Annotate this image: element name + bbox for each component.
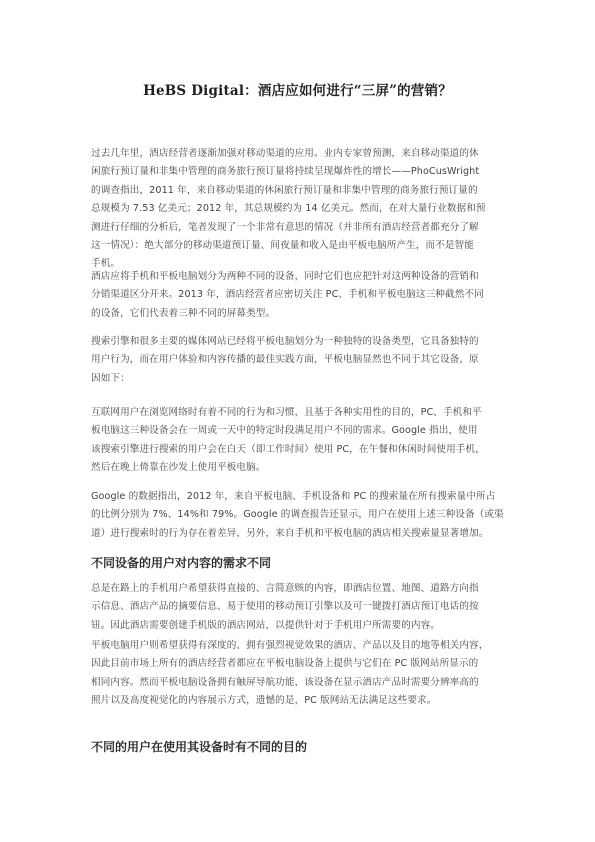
text-line: 相同内容。然而平板电脑设备拥有触屏导航功能，该设备在显示酒店产品时需要分辨率高的 bbox=[91, 674, 521, 692]
text-line: 因如下： bbox=[91, 370, 521, 388]
text-line: 用户行为，而在用户体验和内容传播的最佳实践方面，平板电脑显然也不同于其它设备，原 bbox=[91, 351, 521, 369]
section-heading-1: 不同设备的用户对内容的需求不同 bbox=[91, 554, 271, 571]
paragraph-5: Google 的数据指出，2012 年，来自平板电脑、手机设备和 PC 的搜索量… bbox=[91, 488, 521, 543]
text-line: Google 的数据指出，2012 年，来自平板电脑、手机设备和 PC 的搜索量… bbox=[91, 488, 521, 506]
document-page: HeBS Digital：酒店应如何进行“三屏”的营销？ 过去几年里，酒店经营者… bbox=[0, 0, 595, 842]
text-line: 的设备，它们代表着三种不同的屏幕类型。 bbox=[91, 305, 521, 323]
text-line: 互联网用户在浏览网络时有着不同的行为和习惯，且基于各种实用性的目的，PC、手机和… bbox=[91, 404, 521, 422]
text-line: 的调查指出，2011 年，来自移动渠道的休闲旅行预订量和非集中管理的商务旅行预订… bbox=[91, 182, 521, 200]
text-line: 的比例分别为 7%、14%和 79%。Google 的调查报告还显示，用户在使用… bbox=[91, 506, 521, 524]
text-line: 测进行仔细的分析后，笔者发现了一个非常有意思的情况（并非所有酒店经营者都充分了解 bbox=[91, 219, 521, 237]
paragraph-3: 搜索引擎和很多主要的媒体网站已经将平板电脑划分为一种独特的设备类型，它具备独特的… bbox=[91, 333, 521, 388]
text-line: 搜索引擎和很多主要的媒体网站已经将平板电脑划分为一种独特的设备类型，它具备独特的 bbox=[91, 333, 521, 351]
section-heading-2: 不同的用户在使用其设备时有不同的目的 bbox=[91, 738, 307, 755]
paragraph-1: 过去几年里，酒店经营者逐渐加强对移动渠道的应用。业内专家曾预测，来自移动渠道的休… bbox=[91, 145, 521, 274]
text-line: 示信息、酒店产品的摘要信息、易于使用的移动预订引擎以及可一键拨打酒店预订电话的按 bbox=[91, 598, 521, 616]
section-1-paragraph-2: 平板电脑用户则希望获得有深度的、拥有强烈视觉效果的酒店、产品以及目的地等相关内容… bbox=[91, 637, 521, 711]
text-line: 这一情况）：绝大部分的移动渠道预订量、间夜量和收入是由平板电脑所产生，而不是智能 bbox=[91, 237, 521, 255]
section-1-paragraph-1: 总是在路上的手机用户希望获得直接的、言简意赅的内容，即酒店位置、地图、道路方向指… bbox=[91, 580, 521, 635]
text-line: 该搜索引擎进行搜索的用户会在白天（即工作时间）使用 PC，在午餐和休闲时间使用手… bbox=[91, 441, 521, 459]
text-line: 钮。因此酒店需要创建手机版的酒店网站，以提供针对于手机用户所需要的内容。 bbox=[91, 617, 521, 635]
text-line: 总规模为 7.53 亿美元；2012 年，其总规模约为 14 亿美元。然而，在对… bbox=[91, 200, 521, 218]
text-line: 过去几年里，酒店经营者逐渐加强对移动渠道的应用。业内专家曾预测，来自移动渠道的休 bbox=[91, 145, 521, 163]
text-line: 酒店应将手机和平板电脑划分为两种不同的设备，同时它们也应把针对这两种设备的营销和 bbox=[91, 268, 521, 286]
paragraph-4: 互联网用户在浏览网络时有着不同的行为和习惯，且基于各种实用性的目的，PC、手机和… bbox=[91, 404, 521, 478]
text-line: 然后在晚上倚靠在沙发上使用平板电脑。 bbox=[91, 459, 521, 477]
text-line: 因此目前市场上所有的酒店经营者都应在平板电脑设备上提供与它们在 PC 版网站所显… bbox=[91, 655, 521, 673]
text-line: 道）进行搜索时的行为存在着差异，另外，来自手机和平板电脑的酒店相关搜索量显著增加… bbox=[91, 525, 521, 543]
paragraph-2: 酒店应将手机和平板电脑划分为两种不同的设备，同时它们也应把针对这两种设备的营销和… bbox=[91, 268, 521, 323]
text-line: 照片以及高度视觉化的内容展示方式，遗憾的是，PC 版网站无法满足这些要求。 bbox=[91, 692, 521, 710]
text-line: 闲旅行预订量和非集中管理的商务旅行预订量将持续呈现爆炸性的增长——PhoCusW… bbox=[91, 163, 521, 181]
document-title: HeBS Digital：酒店应如何进行“三屏”的营销？ bbox=[0, 79, 595, 99]
text-line: 总是在路上的手机用户希望获得直接的、言简意赅的内容，即酒店位置、地图、道路方向指 bbox=[91, 580, 521, 598]
text-line: 分销渠道区分开来。2013 年，酒店经营者应密切关注 PC、手机和平板电脑这三种… bbox=[91, 286, 521, 304]
text-line: 板电脑这三种设备会在一周或一天中的特定时段满足用户不同的需求。Google 指出… bbox=[91, 422, 521, 440]
text-line: 平板电脑用户则希望获得有深度的、拥有强烈视觉效果的酒店、产品以及目的地等相关内容… bbox=[91, 637, 521, 655]
